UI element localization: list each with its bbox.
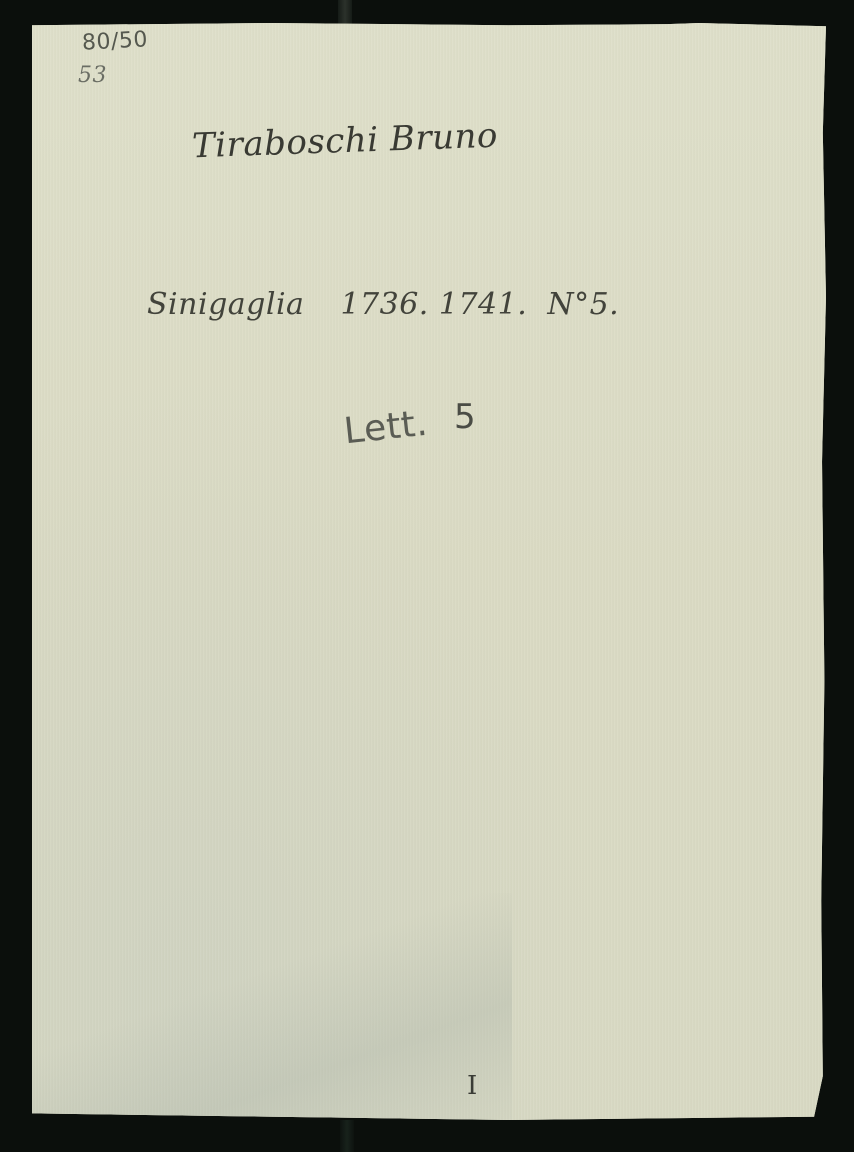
scanner-backdrop-mark [340,1120,354,1152]
item-number: N°5. [547,287,619,322]
document-sheet: 80/50 53 Tiraboschi Bruno Sinigaglia1736… [32,23,826,1120]
place-name: Sinigaglia [147,287,304,322]
date-range: 1736. 1741. [340,287,527,322]
letters-label: Lett. [342,403,430,453]
correspondent-name: Tiraboschi Bruno [191,116,498,167]
page-numeral: I [467,1071,478,1101]
archive-number: 80/50 [81,27,148,55]
folio-mark: 53 [78,63,107,88]
letters-count: 5 [454,397,476,437]
place-date-line: Sinigaglia1736. 1741. N°5. [147,287,619,322]
paper-crease [32,893,512,1123]
